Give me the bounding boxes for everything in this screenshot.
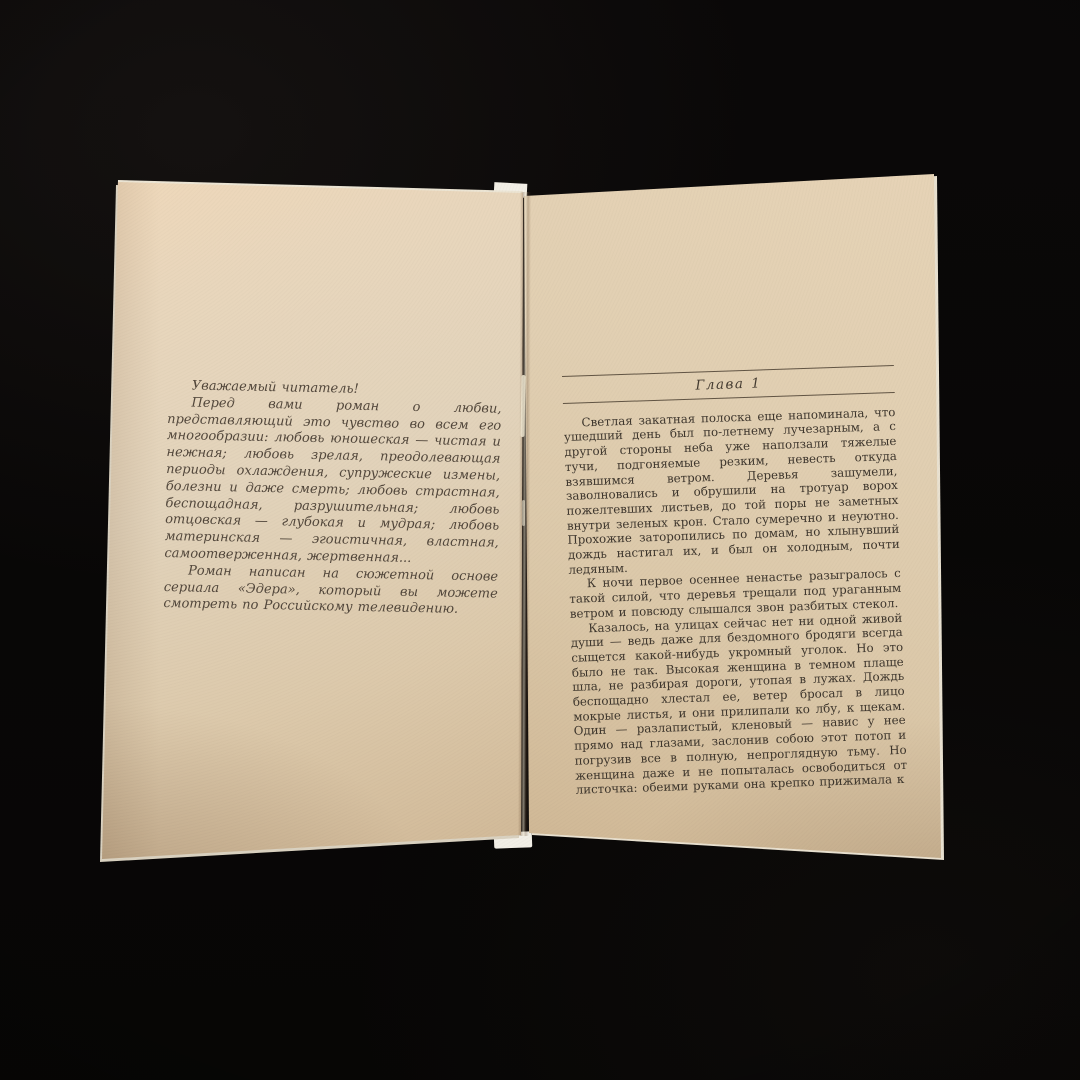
left-paragraph: Роман написан на сюжетной основе сериала… bbox=[163, 563, 498, 620]
spine-binding-thread bbox=[522, 500, 525, 526]
left-page-text: Уважаемый читатель! Перед вами роман о л… bbox=[163, 378, 502, 620]
open-book: Уважаемый читатель! Перед вами роман о л… bbox=[100, 170, 945, 862]
right-paragraph: Светлая закатная полоска еще напоминала,… bbox=[563, 405, 900, 578]
left-paragraph: Перед вами роман о любви, представляющий… bbox=[164, 395, 501, 570]
right-paragraph: Казалось, на улицах сейчас нет ни одной … bbox=[570, 610, 908, 797]
right-page-text: Глава 1 Светлая закатная полоска еще нап… bbox=[562, 365, 908, 798]
photo-background: Уважаемый читатель! Перед вами роман о л… bbox=[0, 0, 1080, 1080]
